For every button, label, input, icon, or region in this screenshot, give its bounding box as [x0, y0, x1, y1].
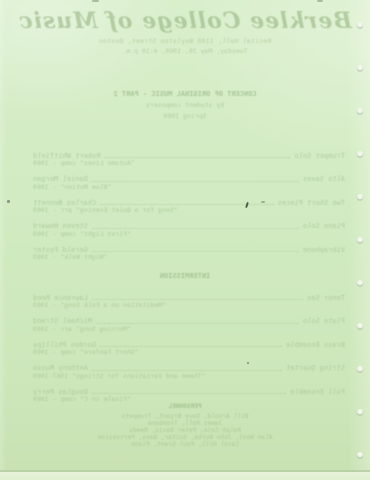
entry-detail: "First Light" comp - 1969 [33, 231, 345, 238]
entry-detail: "Autumn Lines" comp - 1969 [33, 160, 345, 167]
dotted-leader [96, 318, 299, 324]
dotted-leader [92, 294, 303, 300]
entry-detail: "Meditation on a Folk Song" - 1969 [33, 302, 345, 309]
personnel-line: Ralph Cole, Peter Davis, Reeds [0, 427, 370, 434]
entry-left-label: Trumpet Solo [294, 153, 345, 160]
program-entry: Full EnsembleDouglas Perry "Finale in C"… [33, 388, 345, 403]
program-entry: String QuartetAnthony Russo "Theme and V… [33, 365, 345, 380]
entry-left-label: Tenor Sax [307, 295, 345, 302]
dotted-leader [104, 152, 290, 158]
address-line-1: Recital Hall, 1140 Boylston Street, Bost… [0, 37, 370, 45]
binding-hole [357, 65, 363, 71]
entry-left-label: Alto Saxes [303, 176, 345, 183]
entry-detail: "Theme and Variations for Strings" 1967-… [33, 373, 345, 380]
program-entry: Piano SoloSteven Howard "First Light" co… [33, 223, 345, 238]
binding-hole [357, 22, 363, 28]
entry-detail: "Short Fanfare" comp - 1969 [33, 349, 345, 356]
entry-left-label: Full Ensemble [290, 389, 345, 396]
personnel-line: Carol Hill, Paul Grant, Piano [0, 441, 370, 448]
entry-left-label: Flute Solo [303, 318, 345, 325]
program-entry: VibraphoneGerald Foster "Night Walk" - 1… [33, 246, 345, 261]
program-first-half: Trumpet SoloRobert Whitfield "Autumn Lin… [33, 152, 345, 270]
showthrough-layer: Berklee College of Music Recital Hall, 1… [0, 0, 370, 480]
entry-detail: "Blue Motion" - 1969 [33, 184, 345, 191]
binding-hole [357, 323, 363, 329]
personnel-footer: PERSONNEL Bill Arnold, Dave Bryant, Trum… [0, 403, 370, 448]
entry-performer: Daniel Morgan [33, 176, 88, 183]
binding-hole [357, 151, 363, 157]
entry-detail: "Finale in C" comp - 1969 [33, 396, 345, 403]
entry-performer: Anthony Russo [33, 365, 88, 372]
entry-left-label: Vibraphone [303, 247, 345, 254]
entry-left-label: Piano Solo [303, 223, 345, 230]
entry-detail: "Morning Song" arr - 1969 [33, 326, 345, 333]
binding-hole [357, 194, 363, 200]
entry-left-label: String Quartet [286, 365, 345, 372]
scanner-background-strip [0, 472, 370, 480]
ink-speck [261, 201, 265, 203]
concert-subtitle: by student composers [0, 101, 370, 109]
entry-performer: Steven Howard [33, 223, 88, 230]
personnel-heading: PERSONNEL [0, 403, 370, 410]
dotted-leader [100, 341, 282, 347]
school-name-script: Berklee College of Music [0, 8, 370, 34]
concert-date-line: Spring 1969 [0, 112, 370, 120]
dotted-leader [92, 246, 299, 252]
binding-hole [357, 108, 363, 114]
personnel-line: James Hall, Trombone [0, 420, 370, 427]
ink-speck [247, 362, 249, 364]
binding-hole [357, 237, 363, 243]
binding-hole [357, 409, 363, 415]
entry-performer: Michael Strand [33, 318, 92, 325]
program-entry: Brass EnsembleGordon Phillips "Short Fan… [33, 341, 345, 356]
dotted-leader [92, 365, 282, 371]
ink-speck [7, 200, 10, 203]
scanned-program-page-back: Berklee College of Music Recital Hall, 1… [0, 0, 370, 480]
dotted-leader [92, 388, 286, 394]
entry-left-label: Brass Ensemble [286, 342, 345, 349]
entry-detail: "Song for a Quiet Evening" arr - 1969 [33, 207, 345, 214]
binding-hole [357, 366, 363, 372]
program-entry: Tenor SaxLawrence Reed "Meditation on a … [33, 294, 345, 309]
program-entry: Trumpet SoloRobert Whitfield "Autumn Lin… [33, 152, 345, 167]
dotted-leader [92, 223, 299, 229]
program-second-half: Tenor SaxLawrence Reed "Meditation on a … [33, 294, 345, 412]
entry-detail: "Night Walk" - 1969 [33, 254, 345, 261]
dotted-leader [92, 176, 299, 182]
program-entry: Flute SoloMichael Strand "Morning Song" … [33, 318, 345, 333]
entry-left-label: Two Short Pieces [278, 200, 345, 207]
concert-title: CONCERT OF ORIGINAL MUSIC - PART 2 [0, 90, 370, 98]
scan-edge-mark [317, 0, 323, 2]
program-entry: Alto SaxesDaniel Morgan "Blue Motion" - … [33, 176, 345, 191]
personnel-line: Alan West, John Burke, Guitar, Bass, Per… [0, 434, 370, 441]
scan-edge-mark [92, 0, 99, 2]
intermission-heading: INTERMISSION [0, 272, 370, 280]
personnel-line: Bill Arnold, Dave Bryant, Trumpets [0, 413, 370, 420]
binding-hole [357, 280, 363, 286]
binding-hole [357, 452, 363, 458]
address-line-2: Tuesday, May 20, 1969, 4:10 p.m. [0, 47, 370, 55]
program-entry: Two Short PiecesCharles Bennett "Song fo… [33, 199, 345, 214]
